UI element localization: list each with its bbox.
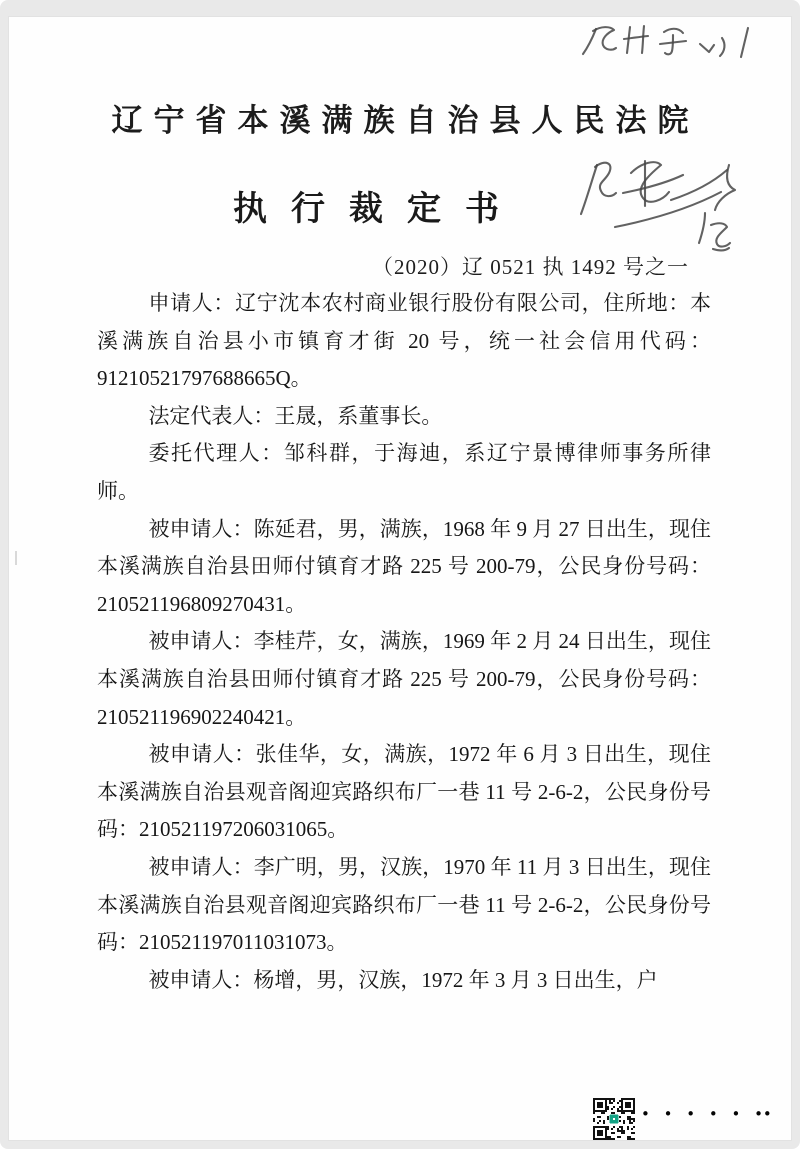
paragraph-respondent-2: 被申请人：李桂芹，女，满族，1969 年 2 月 24 日出生，现住本溪满族自治… (97, 623, 711, 736)
qr-code (593, 1098, 635, 1140)
paragraph-respondent-1: 被申请人：陈延君，男，满族，1968 年 9 月 27 日出生，现住本溪满族自治… (97, 511, 711, 624)
document-title: 执行裁定书 (0, 181, 769, 230)
document-page: 辽宁省本溪满族自治县人民法院 执行裁定书 （2020）辽 0521 执 1492… (8, 16, 792, 1141)
court-name: 辽宁省本溪满族自治县人民法院 (9, 95, 791, 140)
paragraph-legal-representative: 法定代表人：王晟，系董事长。 (97, 398, 711, 436)
paragraph-respondent-5: 被申请人：杨增，男，汉族，1972 年 3 月 3 日出生，户 (97, 962, 711, 1000)
paragraph-applicant: 申请人：辽宁沈本农村商业银行股份有限公司，住所地：本溪满族自治县小市镇育才街 2… (97, 285, 711, 398)
paragraph-attorneys: 委托代理人：邹科群，于海迪，系辽宁景博律师事务所律师。 (97, 435, 711, 510)
case-number: （2020）辽 0521 执 1492 号之一 (372, 251, 689, 281)
scan-artifact (9, 551, 17, 565)
handwritten-note-icon (576, 19, 771, 67)
scan-background: 辽宁省本溪满族自治县人民法院 执行裁定书 （2020）辽 0521 执 1492… (0, 0, 800, 1149)
document-body: 申请人：辽宁沈本农村商业银行股份有限公司，住所地：本溪满族自治县小市镇育才街 2… (97, 285, 711, 999)
paragraph-respondent-3: 被申请人：张佳华，女，满族，1972 年 6 月 3 日出生，现住本溪满族自治县… (97, 736, 711, 849)
paragraph-respondent-4: 被申请人：李广明，男，汉族，1970 年 11 月 3 日出生，现住本溪满族自治… (97, 849, 711, 962)
footer-dots: • • • • • •• (641, 1105, 772, 1123)
